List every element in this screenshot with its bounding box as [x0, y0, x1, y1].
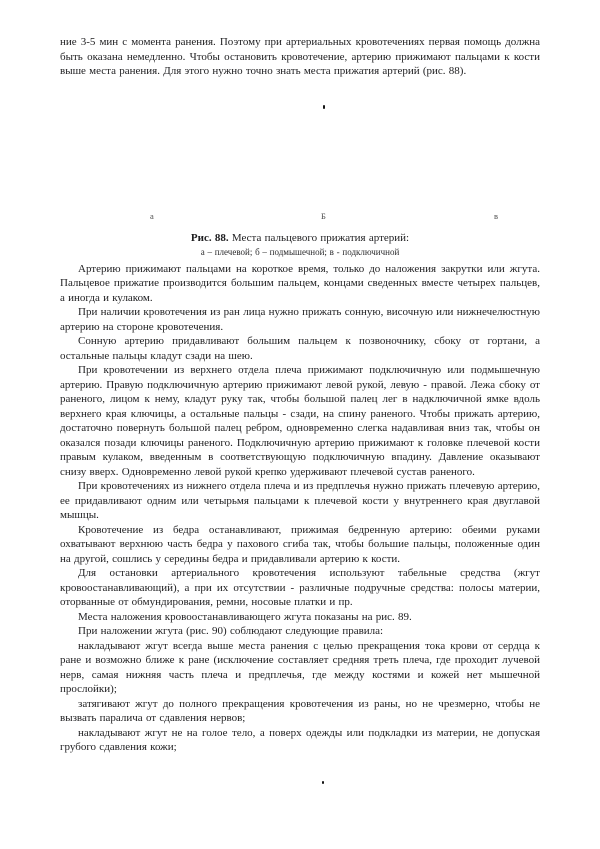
body-paragraph: При наличии кровотечения из ран лица нуж…	[60, 305, 540, 334]
body-paragraph: При наложении жгута (рис. 90) соблюдают …	[60, 624, 540, 639]
body-paragraph-rule-item: накладывают жгут не на голое тело, а пов…	[60, 726, 540, 755]
figure-caption-title: Места пальцевого прижатия артерий:	[229, 232, 409, 244]
body-paragraph: Сонную артерию придавливают большим паль…	[60, 334, 540, 363]
body-paragraph: При кровотечении из верхнего отдела плеч…	[60, 363, 540, 479]
text-block: ние 3-5 мин с момента ранения. Поэтому п…	[60, 35, 540, 755]
body-paragraph: Для остановки артериального кровотечения…	[60, 566, 540, 610]
body-paragraph: При кровотечениях из нижнего отдела плеч…	[60, 479, 540, 523]
figure-88-area: а Б в	[60, 79, 540, 231]
document-page: ние 3-5 мин с момента ранения. Поэтому п…	[0, 0, 600, 849]
figure-sublabel-a: а	[150, 211, 154, 221]
body-paragraph-rule-item: затягивают жгут до полного прекращения к…	[60, 697, 540, 726]
figure-subcaption: а – плечевой; б – подмышечной; в - подкл…	[60, 246, 540, 258]
figure-caption-number: Рис. 88.	[191, 232, 229, 244]
figure-sublabel-v: в	[494, 211, 498, 221]
body-paragraph: Кровотечение из бедра останавливают, при…	[60, 523, 540, 567]
figure-caption: Рис. 88. Места пальцевого прижатия артер…	[60, 231, 540, 246]
scan-ink-mark	[322, 781, 324, 784]
scan-ink-mark	[323, 105, 325, 109]
figure-sublabel-b: Б	[321, 211, 326, 221]
body-paragraph: Артерию прижимают пальцами на короткое в…	[60, 262, 540, 306]
body-paragraph-intro: ние 3-5 мин с момента ранения. Поэтому п…	[60, 35, 540, 79]
body-paragraph: Места наложения кровоостанавливающего жг…	[60, 610, 540, 625]
body-paragraph-rule-item: накладывают жгут всегда выше места ранен…	[60, 639, 540, 697]
